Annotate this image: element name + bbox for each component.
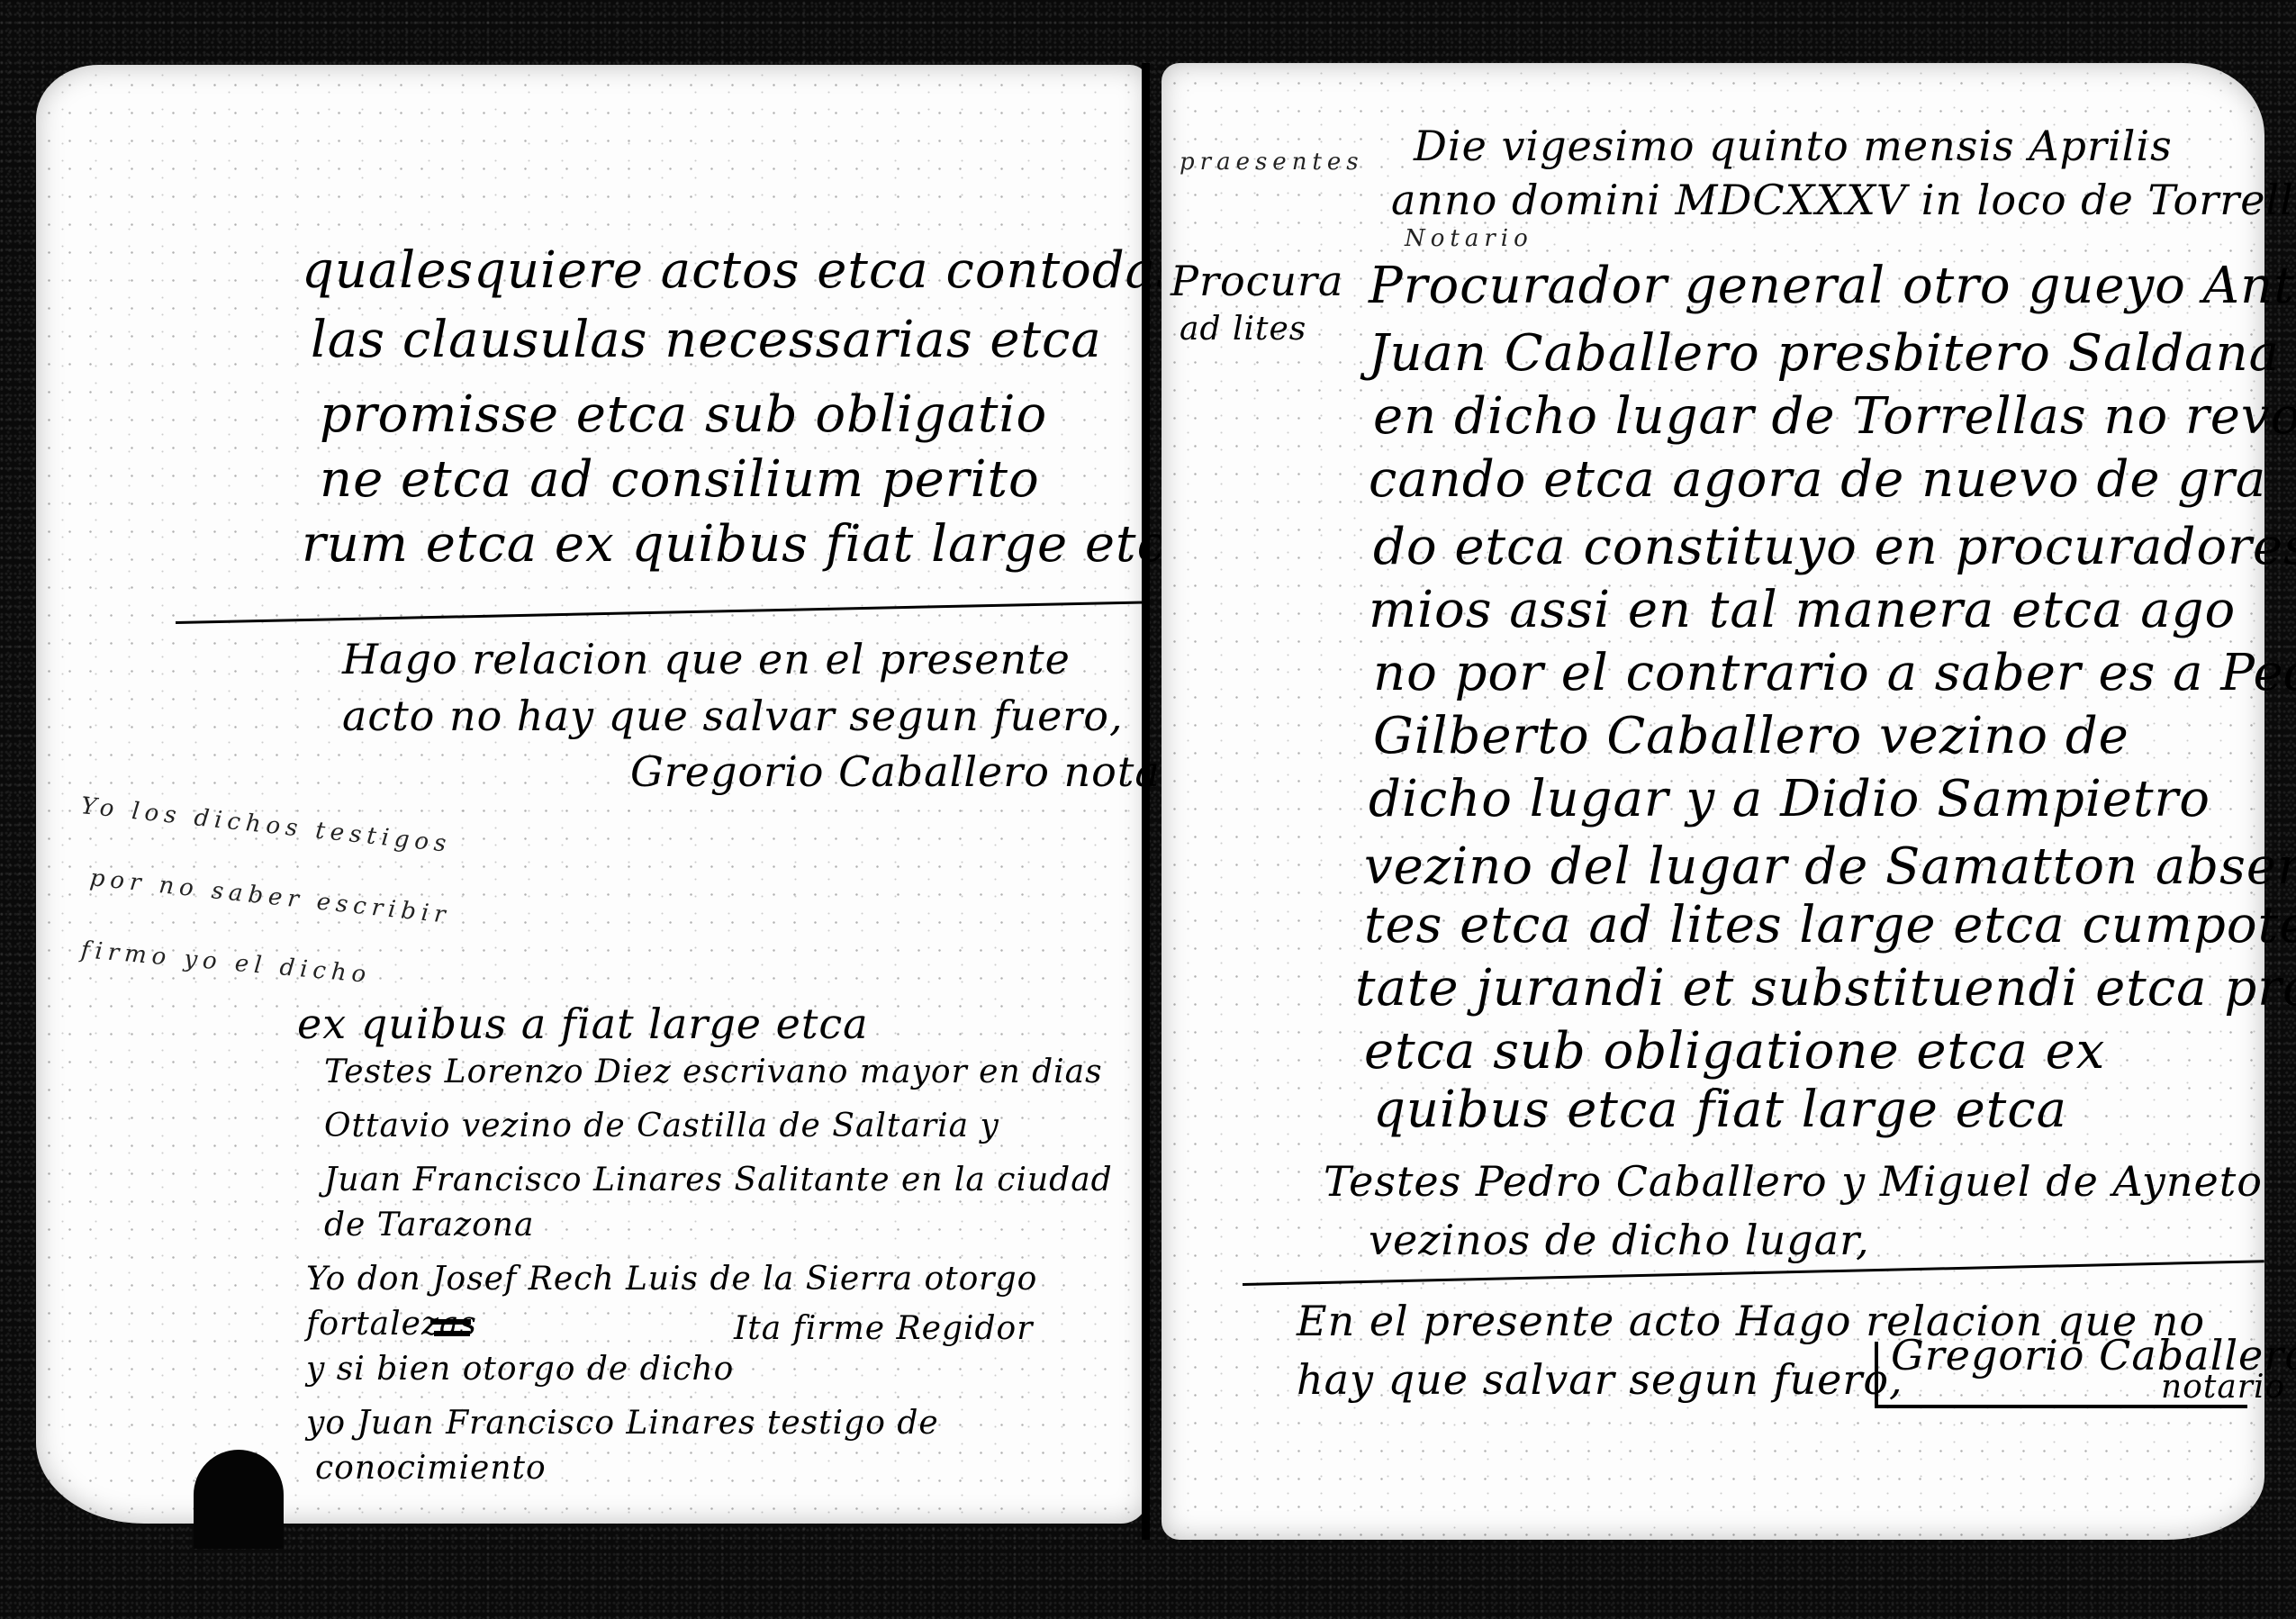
right-line: do etca constituyo en procuradores <box>1373 518 2296 576</box>
left-line: acto no hay que salvar segun fuero, <box>342 692 1124 740</box>
margin-procura: Procura <box>1171 257 1343 305</box>
left-line: conocimiento <box>315 1450 547 1487</box>
double-stroke <box>434 1331 470 1336</box>
right-line: Juan Caballero presbitero Saldana <box>1369 324 2280 383</box>
right-line: no por el contrario a saber es a Pedro <box>1373 644 2296 702</box>
left-line: de Tarazona <box>324 1207 534 1244</box>
left-line: ex quibus a fiat large etca <box>297 999 869 1048</box>
left-line: Ottavio vezino de Castilla de Saltaria y <box>324 1108 999 1144</box>
left-line: y si bien otorgo de dicho <box>306 1351 734 1388</box>
left-line: Yo don Josef Rech Luis de la Sierra otor… <box>306 1261 1037 1298</box>
double-stroke <box>430 1319 471 1325</box>
left-line: rum etca ex quibus fiat large etca <box>302 515 1197 574</box>
left-line: yo Juan Francisco Linares testigo de <box>306 1405 939 1442</box>
right-line: vezino del lugar de Samatton absen <box>1364 837 2296 896</box>
left-line: Testes Lorenzo Diez escrivano mayor en d… <box>324 1054 1103 1090</box>
margin-note: praesentes <box>1180 149 1364 176</box>
right-line: cando etca agora de nuevo de gra <box>1369 450 2266 509</box>
right-line: Gilberto Caballero vezino de <box>1373 707 2129 765</box>
right-line: en dicho lugar de Torrellas no revo <box>1373 387 2296 446</box>
margin-note: Notario <box>1405 225 1533 252</box>
right-line: quibus etca fiat large etca <box>1373 1081 2067 1139</box>
right-line: hay que salvar segun fuero, <box>1297 1355 1903 1404</box>
right-line: Testes Pedro Caballero y Miguel de Aynet… <box>1324 1157 2263 1206</box>
marginal-note: Ita firme Regidor <box>734 1310 1033 1347</box>
right-line: Die vigesimo quinto mensis Aprilis <box>1414 122 2173 170</box>
right-line: vezinos de dicho lugar, <box>1369 1216 1870 1264</box>
right-line: Procurador general otro gueyo Antonio en <box>1369 257 2296 315</box>
left-line: ne etca ad consilium perito <box>320 450 1040 509</box>
notary-signature: Gregorio Caballero notario <box>630 747 1221 796</box>
left-line: qualesquiere actos etca contodas <box>302 241 1183 300</box>
binding-shadow <box>194 1450 284 1549</box>
page-gutter-line <box>1142 63 1150 1540</box>
left-line: promisse etca sub obligatio <box>320 385 1047 444</box>
right-line: anno domini MDCXXXV in loco de Torrellas <box>1391 176 2296 224</box>
notary-title: notario <box>2161 1369 2285 1406</box>
right-line: dicho lugar y a Didio Sampietro <box>1369 770 2210 828</box>
right-line: mios assi en tal manera etca ago <box>1369 581 2236 639</box>
left-line: Hago relacion que en el presente <box>342 635 1071 683</box>
right-line: tes etca ad lites large etca cumpotes <box>1364 896 2296 954</box>
right-line: etca sub obligatione etca ex <box>1364 1022 2105 1081</box>
right-line: tate jurandi et substituendi etca promit… <box>1355 959 2296 1018</box>
left-line: Juan Francisco Linares Salitante en la c… <box>324 1162 1113 1198</box>
left-line: las clausulas necessarias etca <box>311 311 1102 369</box>
margin-note: ad lites <box>1180 311 1306 348</box>
